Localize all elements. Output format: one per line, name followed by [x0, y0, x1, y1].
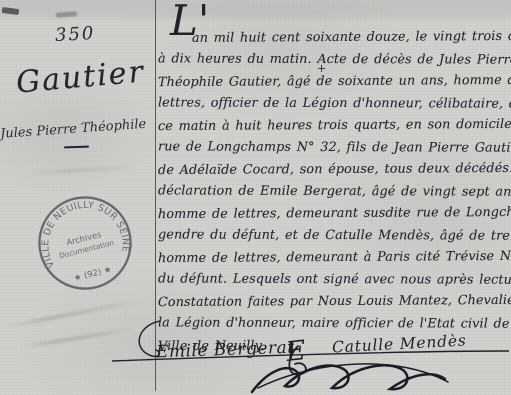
- bergerat-flourish-tail: [289, 346, 306, 375]
- stamp-ring-text: VILLE DE NEUILLY SUR SEINE: [31, 190, 134, 274]
- act-line: Théophile Gautier, âgé de soixante un an…: [158, 70, 511, 94]
- act-line: lettres, officier de la Légion d'honneur…: [158, 92, 511, 115]
- bleedthrough-streak: [3, 299, 141, 330]
- act-line: Constatation faites par Nous Louis Mante…: [158, 290, 511, 314]
- signature-flourishes: [100, 330, 511, 395]
- act-line: homme de lettres, demeurant susdite rue …: [158, 202, 511, 226]
- act-line: à dix heures du matin. Acte de décès de …: [158, 48, 511, 71]
- act-line: ce matin à huit heures trois quarts, en …: [158, 114, 511, 138]
- act-line: homme de lettres, demeurant à Paris cité…: [158, 246, 511, 270]
- act-number: 350: [54, 23, 95, 46]
- death-certificate-scan: 350 Gautier Jules Pierre Théophile VILLE…: [0, 0, 511, 395]
- act-line: gendre du défunt, et de Catulle Mendès, …: [158, 224, 511, 247]
- act-line: du défunt. Lesquels ont signé avec nous …: [158, 268, 511, 291]
- act-line: déclaration de Emile Bergerat, âgé de vi…: [158, 180, 511, 203]
- act-line: de Adélaïde Cocard, son épouse, tous deu…: [158, 158, 511, 182]
- margin-surname: Gautier: [15, 54, 146, 100]
- bleedthrough-streak: [30, 165, 140, 175]
- margin-dash: [64, 146, 89, 149]
- act-body-text: an mil huit cent soixante douze, le ving…: [158, 27, 511, 367]
- ink-smudge: [56, 11, 77, 17]
- act-line: rue de Longchamps N° 32, fils de Jean Pi…: [158, 136, 511, 159]
- act-line: an mil huit cent soixante douze, le ving…: [158, 26, 511, 50]
- scan-corner-mark: [2, 7, 20, 15]
- archive-stamp: VILLE DE NEUILLY SUR SEINE Archives Docu…: [26, 184, 145, 303]
- stamp-department-text: ★ (92) ★: [73, 265, 113, 284]
- signature-underline-swash: [112, 351, 509, 361]
- margin-given-names: Jules Pierre Théophile: [0, 115, 170, 142]
